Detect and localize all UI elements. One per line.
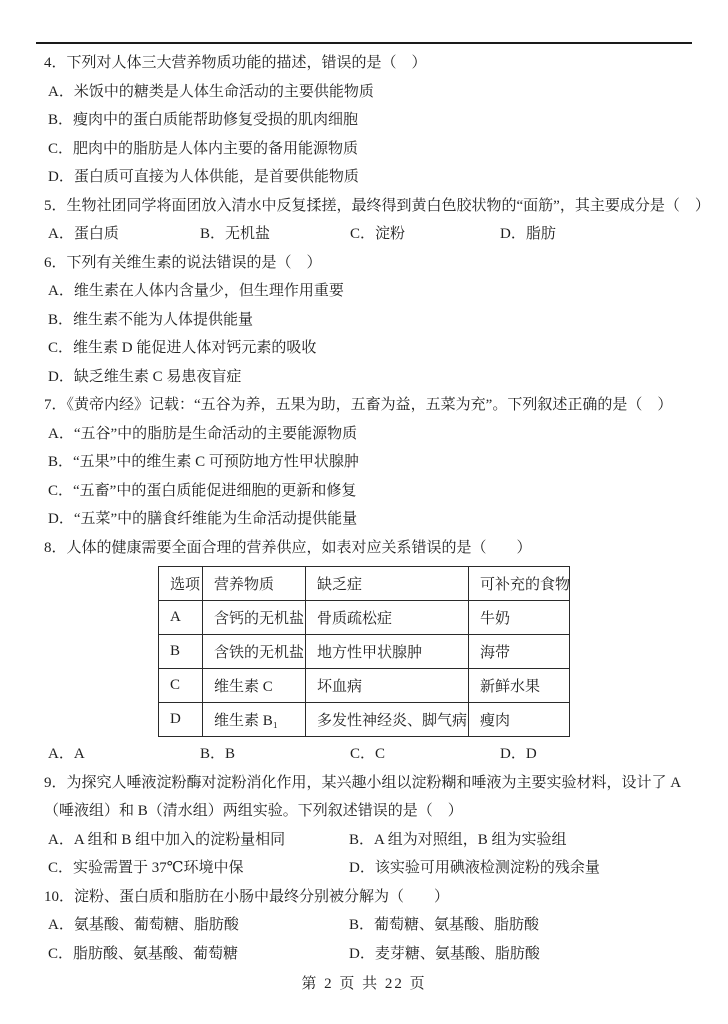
question-stem: 5．生物社团同学将面团放入清水中反复揉搓，最终得到黄白色胶状物的“面筋”，其主要… [44,192,694,221]
table-header-cell: 选项 [159,567,203,601]
option: C．维生素 D 能促进人体对钙元素的吸收 [44,334,694,363]
option: D．蛋白质可直接为人体供能，是首要供能物质 [44,163,694,192]
table-cell: 坏血病 [306,669,469,703]
table-row: B 含铁的无机盐 地方性甲状腺肿 海带 [159,635,570,669]
option: B．葡萄糖、氨基酸、脂肪酸 [349,911,539,940]
option: A．A [48,740,200,769]
question-block-4: 4．下列对人体三大营养物质功能的描述，错误的是（ ） A．米饭中的糖类是人体生命… [44,49,694,192]
options-row: A．氨基酸、葡萄糖、脂肪酸 B．葡萄糖、氨基酸、脂肪酸 [44,911,694,940]
options-row: A．A 组和 B 组中加入的淀粉量相同 B．A 组为对照组，B 组为实验组 [44,826,694,855]
question-stem: 9．为探究人唾液淀粉酶对淀粉消化作用，某兴趣小组以淀粉糊和唾液为主要实验材料，设… [44,769,694,798]
table-cell: 地方性甲状腺肿 [306,635,469,669]
options-row: A．蛋白质 B．无机盐 C．淀粉 D．脂肪 [44,220,694,249]
option: A．蛋白质 [48,220,200,249]
question-block-9: 9．为探究人唾液淀粉酶对淀粉消化作用，某兴趣小组以淀粉糊和唾液为主要实验材料，设… [44,769,694,883]
table-cell: 维生素 B₁ [203,703,306,737]
page-content: 4．下列对人体三大营养物质功能的描述，错误的是（ ） A．米饭中的糖类是人体生命… [44,49,694,968]
question-block-5: 5．生物社团同学将面团放入清水中反复揉搓，最终得到黄白色胶状物的“面筋”，其主要… [44,192,694,249]
option: B．瘦肉中的蛋白质能帮助修复受损的肌肉细胞 [44,106,694,135]
table-header-row: 选项 营养物质 缺乏症 可补充的食物 [159,567,570,601]
table-cell: B [159,635,203,669]
option: C．肥肉中的脂肪是人体内主要的备用能源物质 [44,135,694,164]
exam-page: 4．下列对人体三大营养物质功能的描述，错误的是（ ） A．米饭中的糖类是人体生命… [0,0,728,1024]
question-stem: 7．《黄帝内经》记载：“五谷为养，五果为助，五畜为益，五菜为充”。下列叙述正确的… [44,391,694,420]
option: C．淀粉 [350,220,500,249]
header-rule [36,42,692,44]
question-block-7: 7．《黄帝内经》记载：“五谷为养，五果为助，五畜为益，五菜为充”。下列叙述正确的… [44,391,694,534]
option: C．脂肪酸、氨基酸、葡萄糖 [48,940,349,969]
option: A．氨基酸、葡萄糖、脂肪酸 [48,911,349,940]
option: C．“五畜”中的蛋白质能促进细胞的更新和修复 [44,477,694,506]
option: A．维生素在人体内含量少，但生理作用重要 [44,277,694,306]
option: B．“五果”中的维生素 C 可预防地方性甲状腺肿 [44,448,694,477]
page-footer: 第 2 页 共 22 页 [0,972,728,993]
option: A．米饭中的糖类是人体生命活动的主要供能物质 [44,78,694,107]
table-row: A 含钙的无机盐 骨质疏松症 牛奶 [159,601,570,635]
option: D．缺乏维生素 C 易患夜盲症 [44,363,694,392]
table-cell: D [159,703,203,737]
question-stem-continued: （唾液组）和 B（清水组）两组实验。下列叙述错误的是（ ） [44,797,694,826]
option: D．该实验可用碘液检测淀粉的残余量 [349,854,600,883]
option: A．“五谷”中的脂肪是生命活动的主要能源物质 [44,420,694,449]
option: B．无机盐 [200,220,350,249]
option: A．A 组和 B 组中加入的淀粉量相同 [48,826,349,855]
table-cell: 含铁的无机盐 [203,635,306,669]
question-block-8: 8．人体的健康需要全面合理的营养供应，如表对应关系错误的是（ ） 选项 营养物质… [44,534,694,769]
table-cell: 海带 [469,635,570,669]
table-cell: 牛奶 [469,601,570,635]
option: D．“五菜”中的膳食纤维能为生命活动提供能量 [44,505,694,534]
option: B．B [200,740,350,769]
question-stem: 6．下列有关维生素的说法错误的是（ ） [44,249,694,278]
table-header-cell: 可补充的食物 [469,567,570,601]
option: D．麦芽糖、氨基酸、脂肪酸 [349,940,540,969]
option: D．D [500,740,537,769]
table-row: D 维生素 B₁ 多发性神经炎、脚气病 瘦肉 [159,703,570,737]
table-cell: 多发性神经炎、脚气病 [306,703,469,737]
question-block-10: 10．淀粉、蛋白质和脂肪在小肠中最终分别被分解为（ ） A．氨基酸、葡萄糖、脂肪… [44,883,694,969]
table-cell: 骨质疏松症 [306,601,469,635]
option: B．维生素不能为人体提供能量 [44,306,694,335]
nutrition-table: 选项 营养物质 缺乏症 可补充的食物 A 含钙的无机盐 骨质疏松症 牛奶 B 含… [158,566,570,737]
table-cell: A [159,601,203,635]
table-header-cell: 缺乏症 [306,567,469,601]
table-header-cell: 营养物质 [203,567,306,601]
table-cell: 新鲜水果 [469,669,570,703]
question-block-6: 6．下列有关维生素的说法错误的是（ ） A．维生素在人体内含量少，但生理作用重要… [44,249,694,392]
option: C．实验需置于 37℃环境中保 [48,854,349,883]
options-row: A．A B．B C．C D．D [44,740,694,769]
table-cell: 维生素 C [203,669,306,703]
option: D．脂肪 [500,220,556,249]
table-cell: 瘦肉 [469,703,570,737]
question-stem: 8．人体的健康需要全面合理的营养供应，如表对应关系错误的是（ ） [44,534,694,563]
option: B．A 组为对照组，B 组为实验组 [349,826,567,855]
question-stem: 10．淀粉、蛋白质和脂肪在小肠中最终分别被分解为（ ） [44,883,694,912]
table-row: C 维生素 C 坏血病 新鲜水果 [159,669,570,703]
options-row: C．脂肪酸、氨基酸、葡萄糖 D．麦芽糖、氨基酸、脂肪酸 [44,940,694,969]
option: C．C [350,740,500,769]
options-row: C．实验需置于 37℃环境中保 D．该实验可用碘液检测淀粉的残余量 [44,854,694,883]
table-cell: 含钙的无机盐 [203,601,306,635]
table-cell: C [159,669,203,703]
question-stem: 4．下列对人体三大营养物质功能的描述，错误的是（ ） [44,49,694,78]
